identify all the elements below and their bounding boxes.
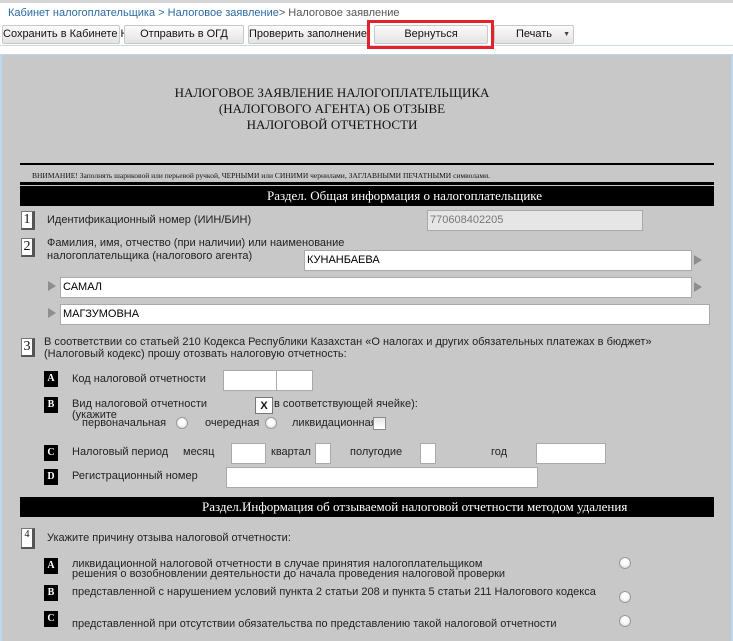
letter-b: B xyxy=(44,397,58,413)
quarter-label: квартал xyxy=(271,446,311,459)
reason-a-radio[interactable] xyxy=(619,557,631,569)
print-label: Печать xyxy=(516,28,552,40)
iin-bin-label: Идентификационный номер (ИИН/БИН) xyxy=(47,214,251,227)
letter-d: D xyxy=(44,469,58,485)
x-mark-example: X xyxy=(255,397,273,414)
name-label-line1: Фамилия, имя, отчество (при наличии) или… xyxy=(47,237,344,250)
report-code-field-1[interactable] xyxy=(223,370,277,391)
top-border xyxy=(0,0,733,3)
save-to-cabinet-button[interactable]: Сохранить в Кабинете НП xyxy=(2,25,120,44)
option-initial-radio[interactable] xyxy=(176,417,188,429)
month-label: месяц xyxy=(183,446,214,459)
arrow-right-icon xyxy=(694,255,702,265)
arrow-right-icon xyxy=(48,308,56,318)
recall-reason-label: Укажите причину отзыва налоговой отчетно… xyxy=(47,532,291,545)
reason-c-radio[interactable] xyxy=(619,615,631,627)
arrow-right-icon xyxy=(694,282,702,292)
title-line: НАЛОГОВОЙ ОТЧЕТНОСТИ xyxy=(152,117,512,133)
arrow-right-icon xyxy=(48,281,56,291)
half-year-label: полугодие xyxy=(350,446,402,459)
breadcrumb-tax-statement[interactable]: Налоговое заявление xyxy=(168,7,279,19)
last-name-field[interactable]: КУНАНБАЕВА xyxy=(304,250,692,271)
title-line: (НАЛОГОВОГО АГЕНТА) ОБ ОТЗЫВЕ xyxy=(152,101,512,117)
section-title: Раздел. Общая информация о налогоплатель… xyxy=(267,186,542,206)
option-liquidation-checkbox[interactable] xyxy=(373,417,386,430)
title-line: НАЛОГОВОЕ ЗАЯВЛЕНИЕ НАЛОГОПЛАТЕЛЬЩИКА xyxy=(152,85,512,101)
option-regular-label: очередная xyxy=(205,417,259,430)
breadcrumb-cabinet[interactable]: Кабинет налогоплательщика xyxy=(8,7,155,19)
document-title: НАЛОГОВОЕ ЗАЯВЛЕНИЕ НАЛОГОПЛАТЕЛЬЩИКА (Н… xyxy=(152,85,512,133)
registration-number-label: Регистрационный номер xyxy=(72,470,198,483)
letter-b: B xyxy=(44,585,58,601)
tax-form: НАЛОГОВОЕ ЗАЯВЛЕНИЕ НАЛОГОПЛАТЕЛЬЩИКА (Н… xyxy=(0,54,733,641)
toolbar: Сохранить в Кабинете НП Отправить в ОГД … xyxy=(0,24,733,46)
print-dropdown-button[interactable]: Печать ▼ xyxy=(494,25,574,44)
breadcrumb-current: > Налоговое заявление xyxy=(279,7,400,19)
reason-a-line2: решения о возобновлении деятельности до … xyxy=(72,568,505,581)
field-number-4: 4 xyxy=(21,528,35,549)
name-label-line2: налогоплательщика (налогового агента) xyxy=(47,250,252,263)
section-general-info-header: Раздел. Общая информация о налогоплатель… xyxy=(20,186,714,206)
month-field[interactable] xyxy=(231,443,266,464)
reason-b-radio[interactable] xyxy=(619,591,631,603)
tax-period-label: Налоговый период xyxy=(72,446,168,459)
report-code-field-2[interactable] xyxy=(276,370,313,391)
report-code-label: Код налоговой отчетности xyxy=(72,373,206,386)
year-label: год xyxy=(491,446,507,459)
option-liquidation-label: ликвидационная xyxy=(292,417,377,430)
section-title: Раздел.Информация об отзываемой налогово… xyxy=(202,497,627,517)
field3-text-line2: (Налоговый кодекс) прошу отозвать налого… xyxy=(44,348,347,361)
field-number-1: 1 xyxy=(21,211,35,230)
half-year-field[interactable] xyxy=(420,443,436,464)
section-recall-info-header: Раздел.Информация об отзываемой налогово… xyxy=(20,497,714,517)
field-number-2: 2 xyxy=(21,238,35,257)
letter-a: A xyxy=(44,371,58,387)
warning-text: ВНИМАНИЕ! Заполнять шариковой или перьев… xyxy=(32,171,490,180)
divider xyxy=(20,163,714,165)
first-name-field[interactable]: САМАЛ xyxy=(60,277,692,298)
check-filling-button[interactable]: Проверить заполнение xyxy=(248,25,368,44)
letter-c: C xyxy=(44,611,58,627)
option-initial-label: первоначальная xyxy=(82,417,166,430)
iin-bin-field[interactable]: 770608402205 xyxy=(427,210,643,231)
field-number-3: 3 xyxy=(21,338,35,357)
reason-c-text: представленной при отсутствии обязательс… xyxy=(72,618,557,631)
breadcrumb-separator: > xyxy=(155,7,168,19)
quarter-field[interactable] xyxy=(315,443,331,464)
letter-a: A xyxy=(44,558,58,574)
middle-name-field[interactable]: МАГЗУМОВНА xyxy=(60,304,710,325)
breadcrumb: Кабинет налогоплательщика > Налоговое за… xyxy=(8,7,400,19)
dropdown-arrow-icon: ▼ xyxy=(563,26,570,43)
back-button[interactable]: Вернуться xyxy=(374,25,488,44)
send-to-ogd-button[interactable]: Отправить в ОГД xyxy=(124,25,244,44)
year-field[interactable] xyxy=(536,443,606,464)
reason-b-text: представленной с нарушением условий пунк… xyxy=(72,586,596,599)
divider xyxy=(20,182,714,185)
option-regular-radio[interactable] xyxy=(265,417,277,429)
letter-c: C xyxy=(44,445,58,461)
registration-number-field[interactable] xyxy=(226,467,538,488)
report-type-hint-suffix: в соответствующей ячейке): xyxy=(274,398,418,411)
